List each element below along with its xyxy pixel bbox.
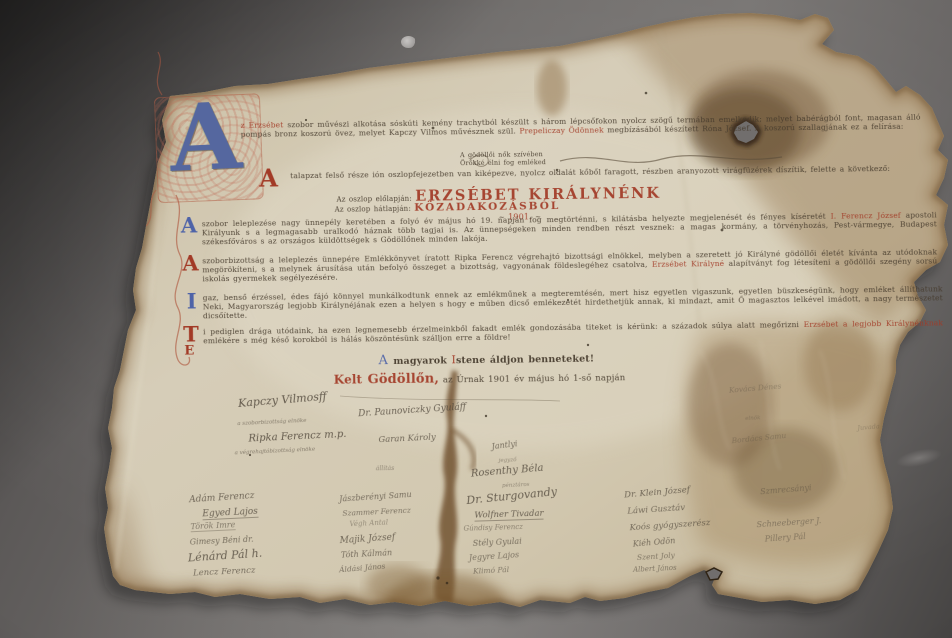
parchment-graphic [0,0,952,638]
paint-chip [401,36,416,48]
photo-stage: A z Erzsébet szobor művészi alkotása sós… [0,0,952,638]
stain-top-drip [537,60,567,116]
